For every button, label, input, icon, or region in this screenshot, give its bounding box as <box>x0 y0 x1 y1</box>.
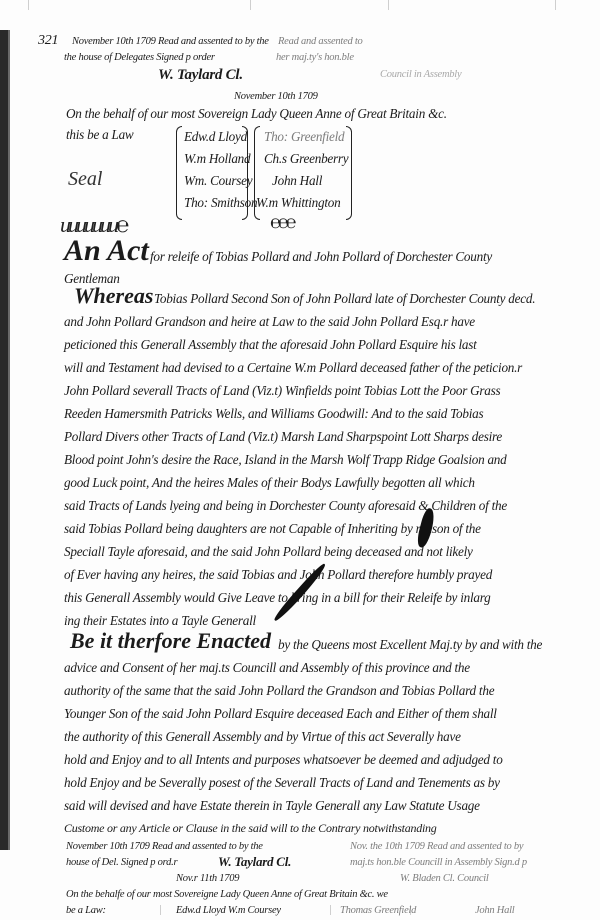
footer-left-signature: W. Taylard Cl. <box>218 855 291 868</box>
enacted-lead: Be it therfore Enacted <box>70 630 271 652</box>
custome-line: Custome or any Article or Clause in the … <box>64 822 437 834</box>
footer-right-line1: Nov. the 10th 1709 Read and assented to … <box>350 842 523 853</box>
header-line-2-right: her maj.ty's hon.ble <box>276 53 354 64</box>
flourish-small: ℮℮℮ <box>270 212 293 233</box>
enactment-2-signers-right-1: Thomas Greenfield <box>340 906 416 917</box>
enactment-1-text: On the behalf of our most Sovereign Lady… <box>66 107 447 120</box>
manuscript-page: 321 November 10th 1709 Read and assented… <box>0 0 600 920</box>
binding-edge <box>0 30 14 850</box>
footer-right-signature: W. Bladen Cl. Council <box>400 874 489 885</box>
seal-label: Seal <box>68 168 102 191</box>
footer-right-line2: maj.ts hon.ble Councill in Assembly Sign… <box>350 858 527 869</box>
header-signature: W. Taylard Cl. <box>158 68 243 83</box>
enactment-1-text2: this be a Law <box>66 128 133 141</box>
header-line-1: November 10th 1709 Read and assented to … <box>72 37 269 48</box>
enactment-2-text: On the behalfe of our most Sovereigne La… <box>66 890 388 901</box>
header-line-1-right: Read and assented to <box>278 37 363 48</box>
header-date: November 10th 1709 <box>234 92 318 103</box>
enactment-2-text2: be a Law: <box>66 906 106 917</box>
footer-left-line1: November 10th 1709 Read and assented to … <box>66 842 263 853</box>
act-title-lead: An Act <box>64 236 149 266</box>
footer-left-date: Nov.r 11th 1709 <box>176 874 239 885</box>
folio-number: 321 <box>38 34 58 48</box>
footer-left-line2: house of Del. Signed p ord.r <box>66 858 177 869</box>
header-line-2: the house of Delegates Signed p order <box>64 53 215 64</box>
header-right-faint: Council in Assembly <box>380 70 461 81</box>
enactment-2-signers-left-1: Edw.d Lloyd W.m Coursey <box>176 906 281 917</box>
enactment-2-signers-far-right-1: John Hall <box>475 906 514 917</box>
act-title: for releife of Tobias Pollard and John P… <box>150 250 492 263</box>
whereas-lead: Whereas <box>74 285 153 307</box>
